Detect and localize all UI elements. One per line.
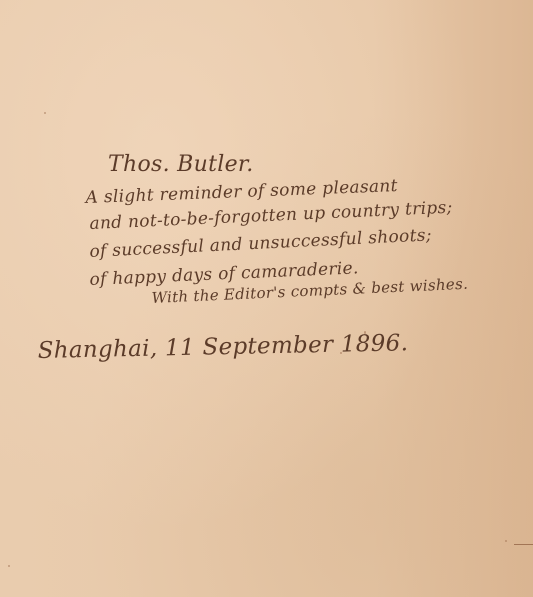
inscription-page: Thos. Butler. A slight reminder of some … [0,0,533,597]
paper-speck [44,112,46,114]
paper-speck [505,540,507,542]
paper-speck [340,352,342,354]
recipient-name: Thos. Butler. [108,152,254,177]
place-and-date: Shanghai, 11 September 1896. [37,330,408,364]
paper-edge-mark [514,544,533,545]
paper-speck [364,331,366,334]
paper-speck [8,565,10,567]
